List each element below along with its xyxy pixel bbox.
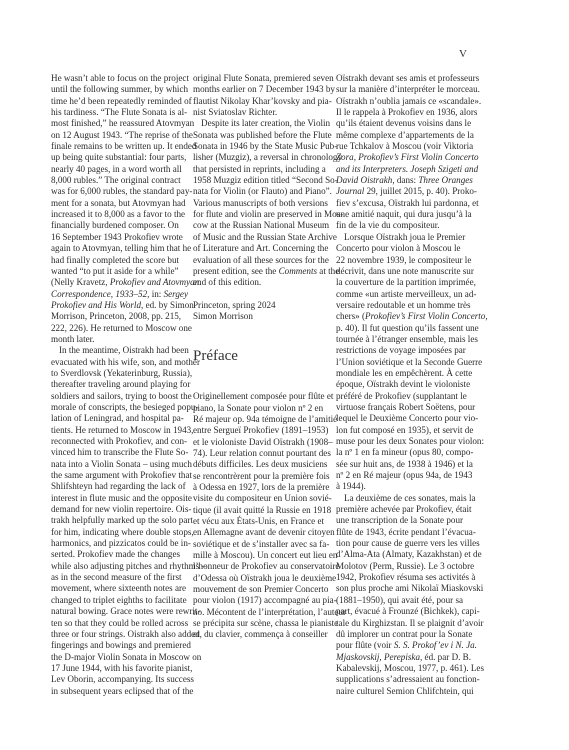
text-line: months earlier on 7 December 1943 by: [193, 84, 327, 95]
citation-title: Prokofiev and His World: [51, 300, 141, 310]
text-line: sur la manière d’interpréter le morceau.: [336, 84, 473, 95]
text-line: se précipita sur scène, chassa le pianis…: [193, 618, 327, 629]
text-line: mille à Moscou). Un concert eut lieu en: [193, 550, 327, 561]
citation-title: and its Interpreters. Joseph Szigeti and: [336, 164, 473, 175]
text-line: 16 September 1943 Prokofiev wrote: [51, 232, 185, 243]
text-line: lequel le Deuxième Concerto pour vio-: [336, 413, 473, 424]
text-line: Il le rappela à Prokofiev en 1936, alors: [336, 107, 473, 118]
text-line: Sonata was published before the Flute: [193, 130, 327, 141]
text-line: wanted “to put it aside for a while”: [51, 266, 185, 277]
text-line: Concerto pour violon à Moscou le: [336, 243, 473, 254]
text-line: flautist Nikolay Khar’kovsky and pia-: [193, 96, 327, 107]
text-line: fingerings and bowings and premiered: [51, 640, 185, 651]
citation-title: Prokofiev and Atovmyan.: [110, 277, 202, 287]
text-line: (1881–1950), qui avait été, pour sa: [336, 595, 473, 606]
text-line: Kabalevskij, Moscou, 1977, p. 461). Les: [336, 663, 473, 674]
text-line: en Allemagne avant de devenir citoyen: [193, 527, 327, 538]
spacer: [193, 334, 327, 345]
text-line: part, évacué à Frounzé (Bichkek), capi-: [336, 606, 473, 617]
text-line: tion pour cause de guerre vers les ville…: [336, 538, 473, 549]
column-english-2: original Flute Sonata, premiered seven m…: [193, 73, 327, 641]
text-line: of Music and the Russian State Archive: [193, 232, 327, 243]
text-line: cow at the Russian National Museum: [193, 220, 327, 231]
text-line: evacuated with his wife, son, and mother: [51, 357, 185, 368]
text-line: d’Odessa où Oïstrakh joua le deuxième: [193, 573, 327, 584]
text-line: 1958 Muzgiz edition titled “Second So-: [193, 175, 327, 186]
text-line: tients. He returned to Moscow in 1943,: [51, 425, 185, 436]
page-number: V: [459, 48, 467, 60]
text-line: while also adjusting pitches and rhythms…: [51, 561, 185, 572]
text-line: lation of Leningrad, and hospital pa-: [51, 413, 185, 424]
text-line: restrictions de voyage imposées par: [336, 345, 473, 356]
text-line: d’Alma-Ata (Almaty, Kazakhstan) et de: [336, 549, 473, 560]
text-line: naire culturel Semion Chlifchtein, qui: [336, 686, 473, 697]
text-line: fiev s’excusa, Oïstrakh lui pardonna, et: [336, 198, 473, 209]
text-line: versaire redoutable et un homme très: [336, 300, 473, 311]
text-line: for him, indicating where double stops,: [51, 527, 185, 538]
text-line: three or four strings. Oistrakh also add…: [51, 629, 185, 640]
citation-line: David Oistrakh, dans: Three Oranges: [336, 175, 473, 186]
text-line: soldiers and sailors, trying to boost th…: [51, 391, 185, 402]
signature-author: Simon Morrison: [193, 311, 327, 322]
paragraph-start: La deuxième de ces sonates, mais la: [336, 493, 473, 504]
paragraph-start: Despite its later creation, the Violin: [193, 118, 327, 129]
text-line: Shlifshteyn had regarding the lack of: [51, 481, 185, 492]
text-line: et vécu aux États-Unis, en France et: [193, 516, 327, 527]
text-line: movement, where sixteenth notes are: [51, 583, 185, 594]
text-line: ten so that they could be rolled across: [51, 618, 185, 629]
citation-line: Journal 29, juillet 2015, p. 40). Proko-: [336, 186, 473, 197]
text-run: (Nelly Kravetz,: [51, 277, 110, 287]
citation-title: Correspondence, 1933–52,: [51, 289, 149, 299]
text-line: débuts difficiles. Les deux musiciens: [193, 459, 327, 470]
citation-title: Sergey: [164, 289, 188, 299]
text-line: tale du Kirghizstan. Il se plaignit d’av…: [336, 618, 473, 629]
text-run: 29, juillet 2015, p. 40). Proko-: [364, 186, 477, 196]
citation-title: Mjaskovskij, Perepiska,: [336, 652, 422, 662]
text-line: pour violon (1917) accompagné au pia-: [193, 595, 327, 606]
text-line: visite du compositeur en Union sovié-: [193, 493, 327, 504]
column-english-1: He wasn’t able to focus on the project u…: [51, 73, 185, 697]
text-line: tique (il avait quitté la Russie en 1918: [193, 505, 327, 516]
citation-title: Journal: [336, 186, 364, 196]
text-line: l’honneur de Prokofiev au conservatoire: [193, 561, 327, 572]
text-line: harmonics, and pizzicatos could be in-: [51, 538, 185, 549]
citation-title: David Oistrakh,: [336, 175, 395, 185]
text-line: his tardiness. “The Flute Sonata is al-: [51, 107, 185, 118]
text-line: se rencontrèrent pour la première fois: [193, 471, 327, 482]
spacer: [193, 289, 327, 300]
text-line: mouvement de son Premier Concerto: [193, 584, 327, 595]
text-line: une amitié naquit, qui dura jusqu’à la: [336, 209, 473, 220]
text-line: vinced him to transcribe the Flute So-: [51, 447, 185, 458]
text-line: He wasn’t able to focus on the project: [51, 73, 185, 84]
column-french: Oïstrakh devant ses amis et professeurs …: [336, 73, 473, 697]
text-line: Oïstrakh devant ses amis et professeurs: [336, 73, 473, 84]
text-line: flûte de 1943, écrite pendant l’évacua-: [336, 527, 473, 538]
text-run: , ed. by Simon: [141, 300, 194, 310]
text-line: thereafter traveling around playing for: [51, 379, 185, 390]
text-line: la couverture de la partition imprimée,: [336, 277, 473, 288]
text-line: in subsequent years eclipsed that of the: [51, 686, 185, 697]
text-line: serted. Prokofiev made the changes: [51, 549, 185, 560]
citation-line: pour flûte (voir S. S. Prokof’ev i N. Ja…: [336, 640, 473, 651]
text-line: nearly 40 pages, in a word worth all: [51, 164, 185, 175]
text-run: in:: [149, 289, 163, 299]
text-line: la nº 1 en fa mineur (opus 80, compo-: [336, 447, 473, 458]
text-line: to Sverdlovsk (Yekaterinburg, Russia),: [51, 368, 185, 379]
text-line: nata for Violin (or Flauto) and Piano”.: [193, 186, 327, 197]
citation-line: (Nelly Kravetz, Prokofiev and Atovmyan.: [51, 277, 185, 288]
text-line: fin de la vie du compositeur.: [336, 220, 473, 231]
section-heading-preface: Préface: [193, 347, 327, 365]
text-line: p. 40). Il fut question qu’ils fassent u…: [336, 323, 473, 334]
text-line: Oïstrakh n’oublia jamais ce «scandale».: [336, 96, 473, 107]
text-line: même complexe d’appartements de la: [336, 130, 473, 141]
text-line: 8,000 rubles.” The original contract: [51, 175, 185, 186]
text-line: reconnected with Prokofiev, and con-: [51, 436, 185, 447]
text-line: nata into a Violin Sonata – using much: [51, 459, 185, 470]
text-line: tournée à l’étranger ensemble, mais les: [336, 334, 473, 345]
text-line: on 12 August 1943. “The reprise of the: [51, 130, 185, 141]
text-line: financially burdened composer. On: [51, 220, 185, 231]
text-line: ment for a sonata, but Atovmyan had: [51, 198, 185, 209]
text-line: lon fut composé en 1935), et servit de: [336, 425, 473, 436]
text-line: original Flute Sonata, premiered seven: [193, 73, 327, 84]
text-line: Lev Oborin, accompanying. Its success: [51, 674, 185, 685]
text-line: virtuose français Robert Soëtens, pour: [336, 402, 473, 413]
text-line: until the following summer, by which: [51, 84, 185, 95]
text-line: interest in flute music and the opposite: [51, 493, 185, 504]
text-line: Morrison, Princeton, 2008, pp. 215,: [51, 311, 185, 322]
text-line: up being quite substantial: four parts,: [51, 152, 185, 163]
text-line: rue Tchkalov à Moscou (voir Viktoria: [336, 141, 473, 152]
text-line: l’Union soviétique et la Seconde Guerre: [336, 357, 473, 368]
citation-line: chers» (Prokofiev’s First Violin Concert…: [336, 311, 473, 322]
text-line: demand for new violin repertoire. Ois-: [51, 504, 185, 515]
text-line: à Odessa en 1927, lors de la première: [193, 482, 327, 493]
text-line: qu’ils étaient devenus voisins dans le: [336, 118, 473, 129]
text-line: mondiale les en empêchèrent. À cette: [336, 368, 473, 379]
text-line: supplications s’adressaient au fonction-: [336, 674, 473, 685]
citation-line: Prokofiev and His World, ed. by Simon: [51, 300, 185, 311]
text-line: natural bowing. Grace notes were rewrit-: [51, 606, 185, 617]
text-line: Ré majeur op. 94a témoigne de l’amitié: [193, 414, 327, 425]
text-line: morale of conscripts, the besieged popu-: [51, 402, 185, 413]
text-line: 1942, Prokofiev résuma ses activités à: [336, 572, 473, 583]
text-run: éd. par D. B.: [422, 652, 471, 662]
text-line: 22 novembre 1939, le compositeur le: [336, 255, 473, 266]
citation-line: Mjaskovskij, Perepiska, éd. par D. B.: [336, 652, 473, 663]
text-line: evaluation of all these sources for the: [193, 255, 327, 266]
text-line: et, du clavier, commença à conseiller: [193, 629, 327, 640]
text-line: time he’d been repeatedly reminded of: [51, 96, 185, 107]
citation-title: Prokofiev’s First Violin Concerto,: [365, 311, 488, 321]
text-line: Various manuscripts of both versions: [193, 198, 327, 209]
text-line: époque, Oïstrakh devint le violoniste: [336, 379, 473, 390]
text-line: première achevée par Prokofiev, était: [336, 504, 473, 515]
text-line: sée sur huit ans, de 1938 à 1946) et la: [336, 459, 473, 470]
text-line: for flute and violin are preserved in Mo…: [193, 209, 327, 220]
text-line: 17 June 1944, with his favorite pianist,: [51, 663, 185, 674]
text-line: most finished,” he reassured Atovmyan: [51, 118, 185, 129]
spacer: [193, 323, 327, 334]
text-line: comme «un artiste merveilleux, un ad-: [336, 289, 473, 300]
text-line: changed to triplet eighths to facilitate: [51, 595, 185, 606]
text-run: present edition, see the: [193, 266, 279, 276]
text-line: the same argument with Prokofiev that: [51, 470, 185, 481]
signature-place-date: Princeton, spring 2024: [193, 300, 327, 311]
text-line: that persisted in reprints, including a: [193, 164, 327, 175]
citation-title: S. S. Prokof’ev i N. Ja.: [394, 640, 477, 650]
text-line: dû implorer un contrat pour la Sonate: [336, 629, 473, 640]
text-line: nist Sviatoslav Richter.: [193, 107, 327, 118]
comments-reference-line: present edition, see the Comments at the: [193, 266, 327, 277]
text-line: finale remains to be written up. It ende…: [51, 141, 185, 152]
citation-line: Correspondence, 1933–52, in: Sergey: [51, 289, 185, 300]
text-line: as in the second measure of the first: [51, 572, 185, 583]
text-line: Originellement composée pour flûte et: [193, 391, 327, 402]
text-line: piano, la Sonate pour violon nº 2 en: [193, 403, 327, 414]
text-line: une transcription de la Sonate pour: [336, 515, 473, 526]
text-line: son plus proche ami Nikolaï Miaskovski: [336, 583, 473, 594]
paragraph-start: Lorsque Oïstrakh joua le Premier: [336, 232, 473, 243]
text-line: was for 6,000 rubles, the standard pay-: [51, 186, 185, 197]
text-line: month later.: [51, 334, 185, 345]
text-line: again to Atovmyan, telling him that he: [51, 243, 185, 254]
text-line: préféré de Prokofiev (supplantant le: [336, 391, 473, 402]
text-line: Sonata in 1946 by the State Music Pub-: [193, 141, 327, 152]
text-line: 74). Leur relation connut pourtant des: [193, 448, 327, 459]
text-run: pour flûte (voir: [336, 640, 394, 650]
text-line: Molotov (Perm, Russie). Le 3 octobre: [336, 561, 473, 572]
citation-title: Zora, Prokofiev’s First Violin Concerto: [336, 152, 473, 163]
text-line: end of this edition.: [193, 277, 327, 288]
text-line: nº 2 en Ré majeur (opus 94a, de 1943: [336, 470, 473, 481]
comments-reference: Comments: [279, 266, 317, 276]
text-line: lisher (Muzgiz), a reversal in chronolog…: [193, 152, 327, 163]
text-line: entre Sergueï Prokofiev (1891–1953): [193, 425, 327, 436]
text-line: à 1944).: [336, 481, 473, 492]
paragraph-start: In the meantime, Oistrakh had been: [51, 345, 185, 356]
text-line: et le violoniste David Oïstrakh (1908–: [193, 437, 327, 448]
text-run: chers» (: [336, 311, 365, 321]
text-line: muse pour les deux Sonates pour violon:: [336, 436, 473, 447]
text-line: had finally completed the score but: [51, 255, 185, 266]
text-line: décrivit, dans une note manuscrite sur: [336, 266, 473, 277]
text-line: no. Mécontent de l’interprétation, l’aut…: [193, 607, 327, 618]
text-line: increased it to 8,000 as a favor to the: [51, 209, 185, 220]
text-line: 222, 226). He returned to Moscow one: [51, 323, 185, 334]
text-run: dans:: [395, 175, 419, 185]
text-line: soviétique et de s’installer avec sa fa-: [193, 539, 327, 550]
text-line: the D-major Violin Sonata in Moscow on: [51, 652, 185, 663]
text-line: trakh helpfully marked up the solo part: [51, 515, 185, 526]
citation-title: Three Oranges: [418, 175, 472, 185]
text-line: of Literature and Art. Concerning the: [193, 243, 327, 254]
